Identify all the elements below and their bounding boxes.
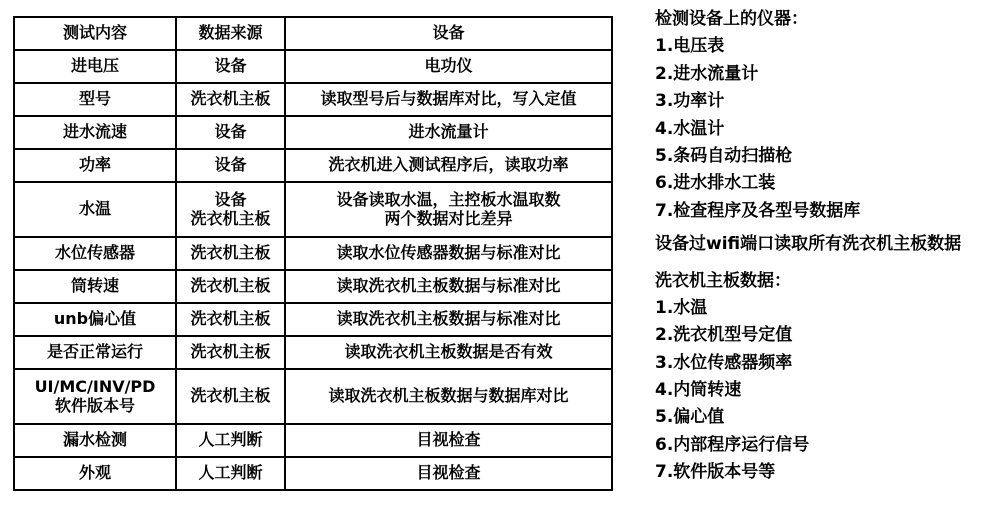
mainboard-item: 6.内部程序运行信号 xyxy=(655,432,961,459)
cell-test-content: 进水流速 xyxy=(14,116,176,149)
mainboard-item: 1.水温 xyxy=(655,295,961,322)
cell-device: 洗衣机进入测试程序后，读取功率 xyxy=(285,149,612,182)
table-row: unb偏心值 洗衣机主板 读取洗衣机主板数据与标准对比 xyxy=(14,303,612,336)
cell-device: 进水流量计 xyxy=(285,116,612,149)
cell-device: 读取洗衣机主板数据与标准对比 xyxy=(285,303,612,336)
cell-test-content: 水温 xyxy=(14,182,176,237)
header-data-source: 数据来源 xyxy=(176,17,285,50)
cell-data-source: 洗衣机主板 xyxy=(176,237,285,270)
instrument-item: 5.条码自动扫描枪 xyxy=(655,143,961,170)
table-row: 漏水检测 人工判断 目视检查 xyxy=(14,424,612,457)
mainboard-item: 3.水位传感器频率 xyxy=(655,350,961,377)
table-row: 外观 人工判断 目视检查 xyxy=(14,457,612,490)
cell-data-source: 设备 xyxy=(176,149,285,182)
cell-device: 目视检查 xyxy=(285,457,612,490)
table-row: 进水流速 设备 进水流量计 xyxy=(14,116,612,149)
instrument-item: 6.进水排水工装 xyxy=(655,170,961,197)
cell-device: 读取洗衣机主板数据与数据库对比 xyxy=(285,369,612,424)
slide-page: 测试内容 数据来源 设备 进电压 设备 电功仪 型号 洗衣机主板 读取型号后与数… xyxy=(0,0,993,510)
cell-test-content: 功率 xyxy=(14,149,176,182)
instruments-title: 检测设备上的仪器： xyxy=(655,6,961,33)
instrument-item: 3.功率计 xyxy=(655,88,961,115)
cell-device: 电功仪 xyxy=(285,50,612,83)
test-content-table: 测试内容 数据来源 设备 进电压 设备 电功仪 型号 洗衣机主板 读取型号后与数… xyxy=(13,16,613,491)
cell-device: 设备读取水温，主控板水温取数 两个数据对比差异 xyxy=(285,182,612,237)
cell-test-content: unb偏心值 xyxy=(14,303,176,336)
cell-test-content: 进电压 xyxy=(14,50,176,83)
cell-test-content: 是否正常运行 xyxy=(14,336,176,369)
cell-data-source: 设备 xyxy=(176,116,285,149)
cell-data-source: 洗衣机主板 xyxy=(176,369,285,424)
instrument-item: 4.水温计 xyxy=(655,116,961,143)
cell-data-source: 洗衣机主板 xyxy=(176,83,285,116)
table-row: 功率 设备 洗衣机进入测试程序后，读取功率 xyxy=(14,149,612,182)
cell-test-content: 水位传感器 xyxy=(14,237,176,270)
mainboard-item: 7.软件版本号等 xyxy=(655,459,961,486)
instrument-item: 1.电压表 xyxy=(655,33,961,60)
cell-test-content: 型号 xyxy=(14,83,176,116)
cell-data-source: 设备 xyxy=(176,50,285,83)
table-row: 进电压 设备 电功仪 xyxy=(14,50,612,83)
table-row: 筒转速 洗衣机主板 读取洗衣机主板数据与标准对比 xyxy=(14,270,612,303)
cell-data-source: 洗衣机主板 xyxy=(176,270,285,303)
mainboard-item: 2.洗衣机型号定值 xyxy=(655,322,961,349)
table-header-row: 测试内容 数据来源 设备 xyxy=(14,17,612,50)
mainboard-item: 4.内筒转速 xyxy=(655,377,961,404)
table-row: 水位传感器 洗衣机主板 读取水位传感器数据与标准对比 xyxy=(14,237,612,270)
cell-test-content: 漏水检测 xyxy=(14,424,176,457)
instrument-item: 7.检查程序及各型号数据库 xyxy=(655,198,961,225)
cell-device: 读取型号后与数据库对比，写入定值 xyxy=(285,83,612,116)
cell-test-content: 外观 xyxy=(14,457,176,490)
notes-panel: 检测设备上的仪器： 1.电压表 2.进水流量计 3.功率计 4.水温计 5.条码… xyxy=(655,6,961,487)
cell-data-source: 洗衣机主板 xyxy=(176,303,285,336)
cell-data-source: 设备 洗衣机主板 xyxy=(176,182,285,237)
mainboard-title: 洗衣机主板数据： xyxy=(655,268,961,295)
cell-device: 目视检查 xyxy=(285,424,612,457)
cell-device: 读取洗衣机主板数据与标准对比 xyxy=(285,270,612,303)
table-row: 是否正常运行 洗衣机主板 读取洗衣机主板数据是否有效 xyxy=(14,336,612,369)
cell-data-source: 洗衣机主板 xyxy=(176,336,285,369)
wifi-note: 设备过wifi端口读取所有洗衣机主板数据 xyxy=(655,231,961,258)
header-test-content: 测试内容 xyxy=(14,17,176,50)
cell-device: 读取水位传感器数据与标准对比 xyxy=(285,237,612,270)
table-row: 型号 洗衣机主板 读取型号后与数据库对比，写入定值 xyxy=(14,83,612,116)
mainboard-item: 5.偏心值 xyxy=(655,404,961,431)
cell-device: 读取洗衣机主板数据是否有效 xyxy=(285,336,612,369)
cell-test-content: 筒转速 xyxy=(14,270,176,303)
cell-test-content: UI/MC/INV/PD 软件版本号 xyxy=(14,369,176,424)
header-device: 设备 xyxy=(285,17,612,50)
cell-data-source: 人工判断 xyxy=(176,424,285,457)
table-row: 水温 设备 洗衣机主板 设备读取水温，主控板水温取数 两个数据对比差异 xyxy=(14,182,612,237)
instrument-item: 2.进水流量计 xyxy=(655,61,961,88)
cell-data-source: 人工判断 xyxy=(176,457,285,490)
table-row: UI/MC/INV/PD 软件版本号 洗衣机主板 读取洗衣机主板数据与数据库对比 xyxy=(14,369,612,424)
